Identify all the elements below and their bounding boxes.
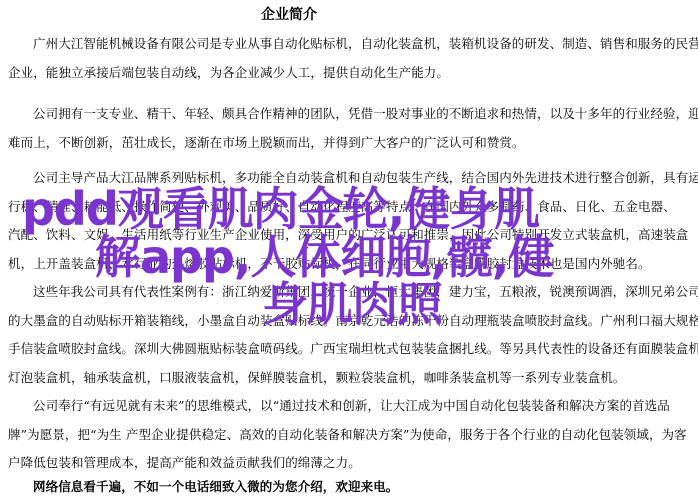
paragraph-team: 公司拥有一支专业、精干、年轻、颇具合作精神的团队，凭借一股对事业的不断追求和热情…	[8, 100, 692, 157]
paragraph-line: 网络信息看千遍，不如一个电话细致入微的为您介绍，欢迎来电。	[8, 473, 692, 499]
paragraph-vision: 公司奉行“有远见就有未来”的思维模式，以“通过技术和创新，让大江成为中国自动化包…	[8, 392, 692, 478]
paragraph-line: 难而上，不断创新，茁壮成长，逐渐在市场上脱颖而出，并得到广大客户的广泛认可和赞赏…	[8, 129, 692, 158]
seo-overlay-keyword-line-3[interactable]: 身肌肉照	[262, 280, 442, 328]
seo-overlay-keyword-line-2[interactable]: 解app,人体细胞,髋,健	[95, 233, 553, 281]
paragraph-line: 企业，能独立承接后端包装自动线，为各企业减少人工，提供自动化生产能力。	[8, 59, 692, 88]
paragraph-line: 公司奉行“有远见就有未来”的思维模式，以“通过技术和创新，让大江成为中国自动化包…	[8, 392, 692, 421]
paragraph-line: 手信装盒喷胶封盒线。深圳大佛圆瓶贴标装盒喷码线。广西宝瑞坦枕式包装装盒捆扎线。等…	[8, 335, 692, 364]
paragraph-line: 牌”为愿景，把“为生 产型企业提供稳定、高效的自动化装备和解决方案”为使命，服务…	[8, 421, 692, 450]
seo-overlay-keyword-line-1[interactable]: pdd观看肌肉金轮,健身肌	[22, 185, 539, 233]
company-profile-page: 企业简介 广州大江智能机械设备有限公司是专业从事自动化贴标机，自动化装盒机，装箱…	[0, 0, 698, 499]
page-title: 企业简介	[0, 4, 578, 26]
paragraph-line: 公司拥有一支专业、精干、年轻、颇具合作精神的团队，凭借一股对事业的不断追求和热情…	[8, 100, 692, 129]
paragraph-intro: 广州大江智能机械设备有限公司是专业从事自动化贴标机，自动化装盒机，装箱机设备的研…	[8, 30, 692, 87]
paragraph-line: 灯泡装盒机，轴承装盒机，口服液装盒机，保鲜膜装盒机，颗粒袋装盒机，咖啡条装盒机等…	[8, 364, 692, 393]
paragraph-line: 广州大江智能机械设备有限公司是专业从事自动化贴标机，自动化装盒机，装箱机设备的研…	[8, 30, 692, 59]
closing-line: 网络信息看千遍，不如一个电话细致入微的为您介绍，欢迎来电。	[8, 473, 692, 499]
